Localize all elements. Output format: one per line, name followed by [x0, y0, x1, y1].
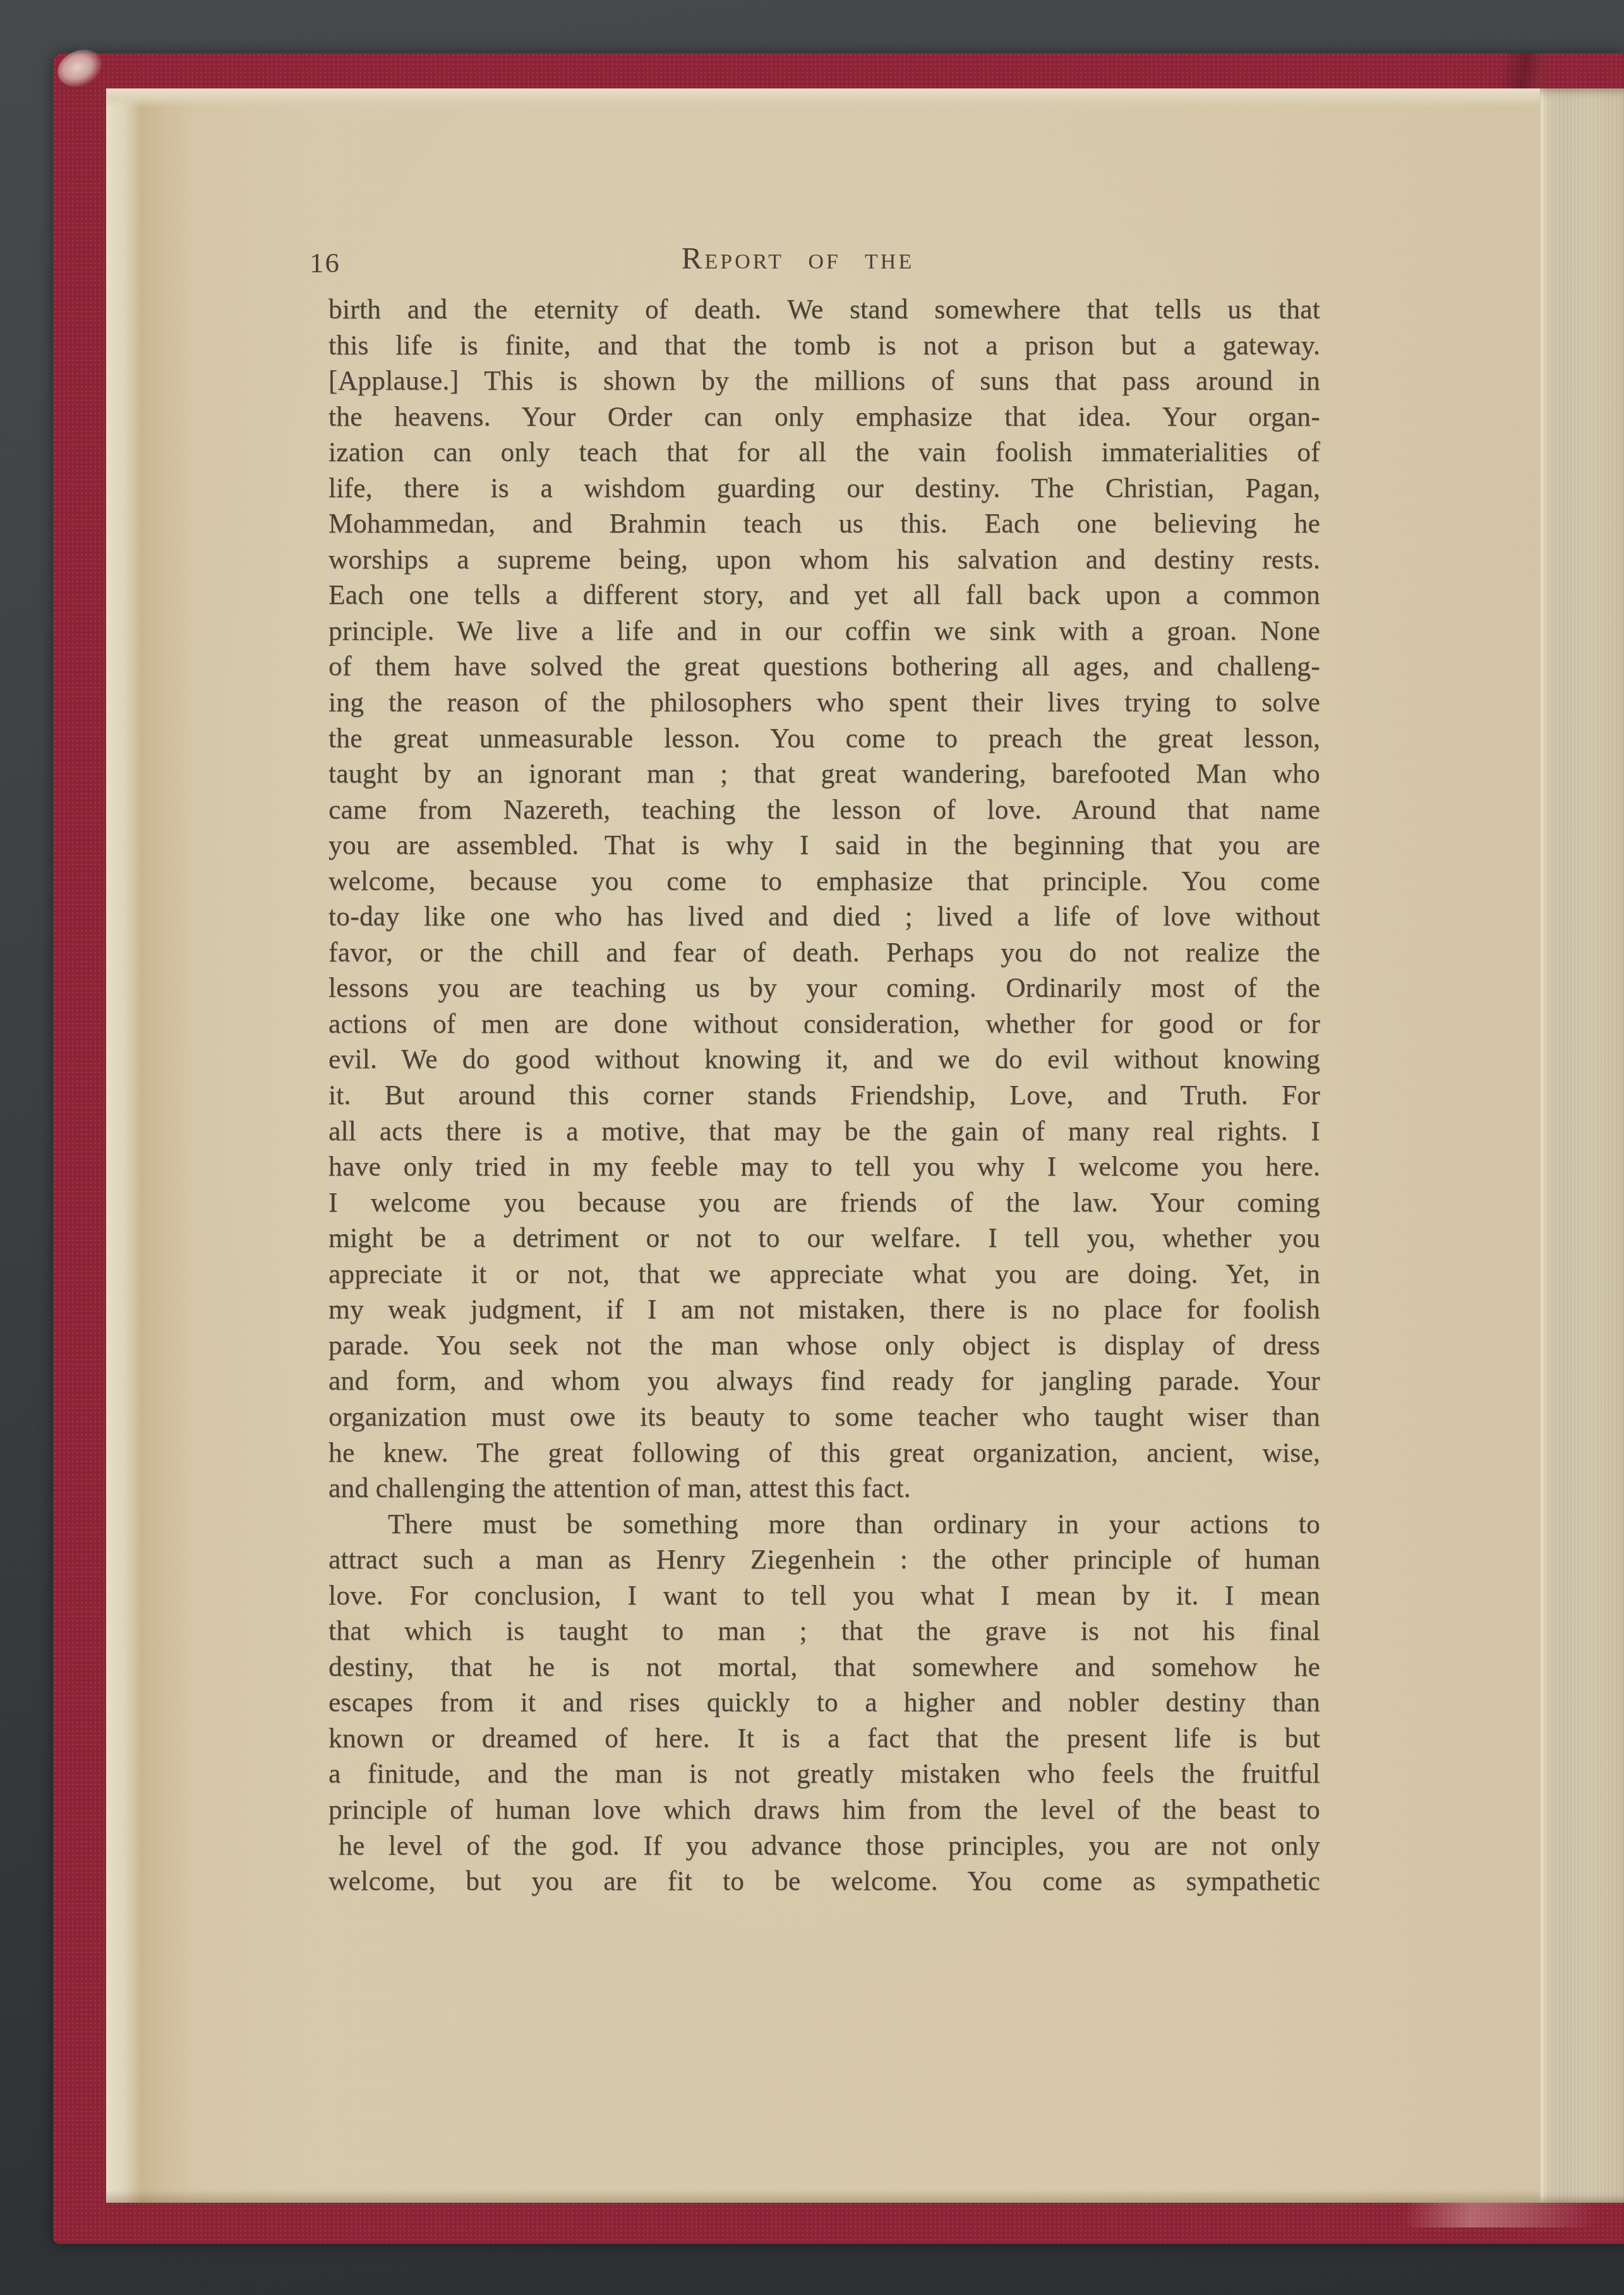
text-line: [Applause.] This is shown by the million… [328, 363, 1320, 399]
text-line: principle of human love which draws him … [328, 1792, 1320, 1828]
text-line: might be a detriment or not to our welfa… [328, 1220, 1320, 1256]
page-top-edge [106, 88, 1540, 107]
text-line: destiny, that he is not mortal, that som… [328, 1649, 1320, 1685]
text-line: all acts there is a motive, that may be … [328, 1114, 1320, 1150]
text-line: attract such a man as Henry Ziegenhein :… [328, 1542, 1320, 1578]
text-line: worships a supreme being, upon whom his … [328, 542, 1320, 578]
text-line: my weak judgment, if I am not mistaken, … [328, 1292, 1320, 1328]
text-line: I welcome you because you are friends of… [328, 1185, 1320, 1221]
text-line: birth and the eternity of death. We stan… [328, 292, 1320, 328]
text-line: welcome, but you are fit to be welcome. … [328, 1864, 1320, 1900]
text-line: have only tried in my feeble may to tell… [328, 1149, 1320, 1185]
text-line: parade. You seek not the man whose only … [328, 1328, 1320, 1364]
text-line: lessons you are teaching us by your comi… [328, 970, 1320, 1006]
text-line: escapes from it and rises quickly to a h… [328, 1685, 1320, 1721]
text-line: came from Nazereth, teaching the lesson … [328, 792, 1320, 828]
text-line: of them have solved the great questions … [328, 649, 1320, 685]
page-fore-edge [1540, 88, 1624, 2203]
text-line: favor, or the chill and fear of death. P… [328, 935, 1320, 971]
text-line: appreciate it or not, that we appreciate… [328, 1256, 1320, 1292]
text-line: welcome, because you come to emphasize t… [328, 864, 1320, 900]
text-line: he level of the god. If you advance thos… [328, 1828, 1320, 1864]
text-line: Mohammedan, and Brahmin teach us this. E… [328, 506, 1320, 542]
page-body: birth and the eternity of death. We stan… [328, 292, 1320, 1900]
cover-damage-patch [1498, 53, 1556, 88]
text-line: a finitude, and the man is not greatly m… [328, 1756, 1320, 1792]
text-line: that which is taught to man ; that the g… [328, 1613, 1320, 1649]
text-line: life, there is a wishdom guarding our de… [328, 471, 1320, 507]
text-line: this life is finite, and that the tomb i… [328, 328, 1320, 364]
book-cover: 16 Report of the birth and the eternity … [53, 53, 1624, 2244]
text-line: organization must owe its beauty to some… [328, 1399, 1320, 1435]
cover-worn-corner [52, 43, 109, 93]
running-header: Report of the [302, 240, 1294, 276]
text-line: it. But around this corner stands Friend… [328, 1078, 1320, 1114]
scanner-bed: { "scan": { "page_number": "16", "runnin… [0, 0, 1624, 2295]
text-line: actions of men are done without consider… [328, 1006, 1320, 1042]
text-line: taught by an ignorant man ; that great w… [328, 756, 1320, 792]
text-line: love. For conclusion, I want to tell you… [328, 1578, 1320, 1614]
text-line: you are assembled. That is why I said in… [328, 828, 1320, 864]
text-line: principle. We live a life and in our cof… [328, 613, 1320, 649]
text-line: There must be something more than ordina… [328, 1507, 1320, 1543]
text-line: and challenging the attention of man, at… [328, 1471, 1320, 1507]
scanned-page: 16 Report of the birth and the eternity … [106, 88, 1540, 2203]
page-bottom-edge [106, 2190, 1540, 2203]
text-line: and form, and whom you always find ready… [328, 1363, 1320, 1399]
text-line: ing the reason of the philosophers who s… [328, 685, 1320, 721]
text-line: ization can only teach that for all the … [328, 435, 1320, 471]
text-line: to-day like one who has lived and died ;… [328, 899, 1320, 935]
text-line: he knew. The great following of this gre… [328, 1435, 1320, 1471]
cover-scuff-mark [1405, 2201, 1594, 2227]
text-line: Each one tells a different story, and ye… [328, 577, 1320, 613]
text-line: the great unmeasurable lesson. You come … [328, 721, 1320, 757]
text-line: known or dreamed of here. It is a fact t… [328, 1721, 1320, 1757]
text-line: evil. We do good without knowing it, and… [328, 1042, 1320, 1078]
text-line: the heavens. Your Order can only emphasi… [328, 399, 1320, 435]
